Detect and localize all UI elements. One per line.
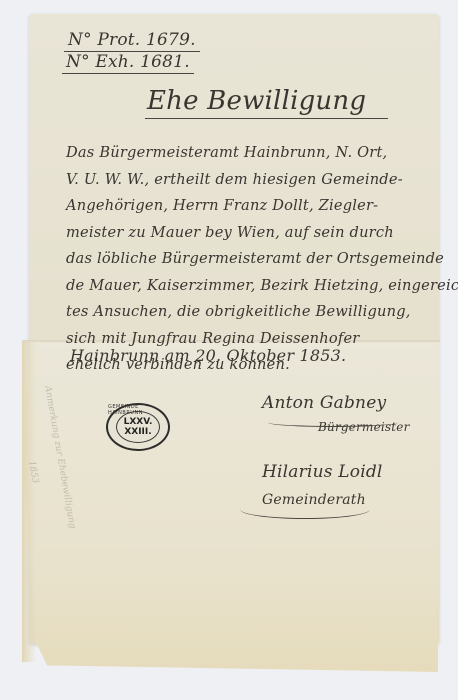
body-line: Das Bürgermeisteramt Hainbrunn, N. Ort, [66, 140, 458, 167]
document-sheet-lower [22, 342, 440, 672]
document-title: Ehe Bewilligung [145, 86, 388, 119]
signature-flourish [240, 500, 370, 519]
protocol-number: N° Prot. 1679. [64, 30, 200, 52]
paper-edge-stain [22, 342, 36, 662]
document-body: Das Bürgermeisteramt Hainbrunn, N. Ort, … [66, 140, 458, 379]
stamp-center-line: XXIII. [124, 427, 151, 437]
signature-mayor: Anton Gabney [262, 393, 386, 413]
body-line: de Mauer, Kaiserzimmer, Bezirk Hietzing,… [66, 273, 458, 300]
stamp-ring-text: GEMEINDE HAINBRUNN [108, 404, 168, 416]
signature-councillor: Hilarius Loidl [262, 462, 383, 482]
signature-flourish [268, 418, 398, 427]
body-line: Angehörigen, Herrn Franz Dollt, Ziegler- [66, 193, 458, 220]
body-line: das löbliche Bürgermeisteramt der Ortsge… [66, 246, 458, 273]
body-line: tes Ansuchen, die obrigkeitliche Bewilli… [66, 299, 458, 326]
date-line: Hainbrunn am 20. Oktober 1853. [70, 346, 346, 365]
body-line: meister zu Mauer bey Wien, auf sein durc… [66, 220, 458, 247]
stamp-center-line: LXXV. [124, 417, 153, 427]
official-seal-stamp: GEMEINDE HAINBRUNN LXXV. XXIII. [106, 403, 170, 451]
exhibit-number: N° Exh. 1681. [62, 52, 194, 74]
body-line: V. U. W. W., ertheilt dem hiesigen Gemei… [66, 167, 458, 194]
reference-numbers: N° Prot. 1679. N° Exh. 1681. [64, 30, 200, 74]
